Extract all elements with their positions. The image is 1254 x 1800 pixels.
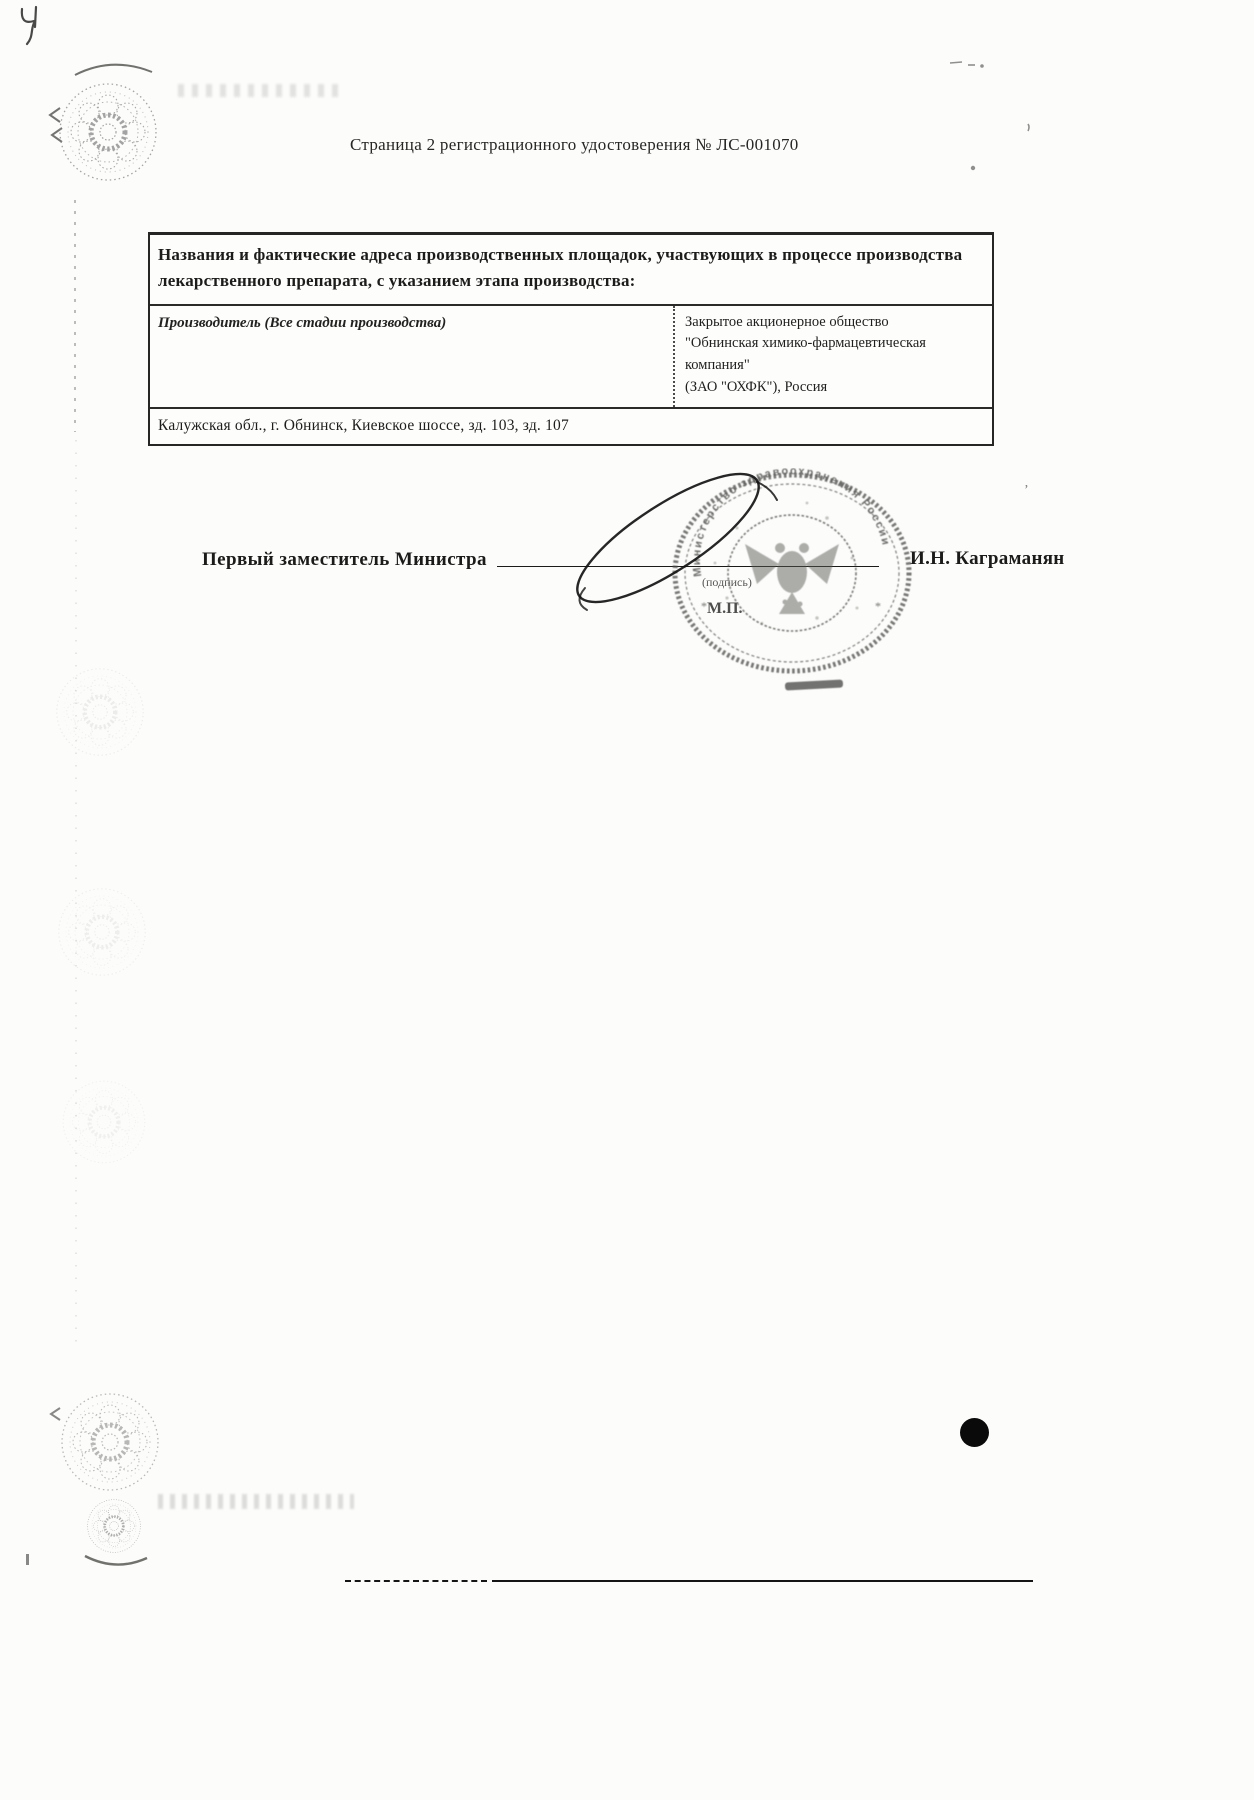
- bottom-dashed-line: [345, 1580, 487, 1582]
- rosette-faint-2: [59, 889, 145, 975]
- arc-mark-bottom-icon: [85, 1556, 147, 1565]
- table-header: Названия и фактические адреса производст…: [150, 235, 992, 304]
- rosette-top: [60, 84, 156, 180]
- handwritten-signature-stroke: [545, 438, 790, 633]
- scan-smudge-bottom: [158, 1494, 354, 1509]
- rosette-bottom-small: [88, 1500, 141, 1553]
- table-row: Производитель (Все стадии производства) …: [150, 304, 992, 407]
- scan-smudge-top: [178, 84, 340, 97]
- scan-specks: [938, 50, 1048, 180]
- production-sites-table: Названия и фактические адреса производст…: [148, 232, 994, 446]
- manufacturer-label: Производитель (Все стадии производства): [150, 306, 673, 407]
- page-header: Страница 2 регистрационного удостоверени…: [350, 135, 799, 155]
- scan-speck-apostrophe: ’: [1024, 483, 1029, 499]
- arc-mark-icon: [75, 65, 152, 75]
- punch-hole-dot: [960, 1418, 989, 1447]
- manufacturer-line-3: (ЗАО "ОХФК"), Россия: [685, 377, 984, 399]
- guilloche-watermark: [30, 40, 180, 1600]
- stamp-dark-smear: [785, 679, 843, 690]
- manufacturer-line-1: Закрытое акционерное общество: [685, 312, 984, 334]
- rosette-faint-1: [57, 669, 143, 755]
- chevron-bottom-icon: [51, 1408, 60, 1420]
- rosette-faint-3: [63, 1081, 145, 1163]
- scanned-document-page: Страница 2 регистрационного удостоверени…: [0, 0, 1254, 1800]
- manufacturer-line-2: "Обнинская химико-фармацевтическая компа…: [685, 333, 984, 377]
- manufacturer-value: Закрытое акционерное общество "Обнинская…: [673, 306, 992, 407]
- bottom-solid-line: [492, 1580, 1033, 1582]
- stamp-star-right: *: [875, 599, 881, 613]
- rosette-bottom: [62, 1394, 158, 1490]
- signatory-title: Первый заместитель Министра: [202, 549, 487, 571]
- signatory-name: И.Н. Каграманян: [910, 548, 1065, 570]
- scan-tick-mark: [26, 1554, 29, 1565]
